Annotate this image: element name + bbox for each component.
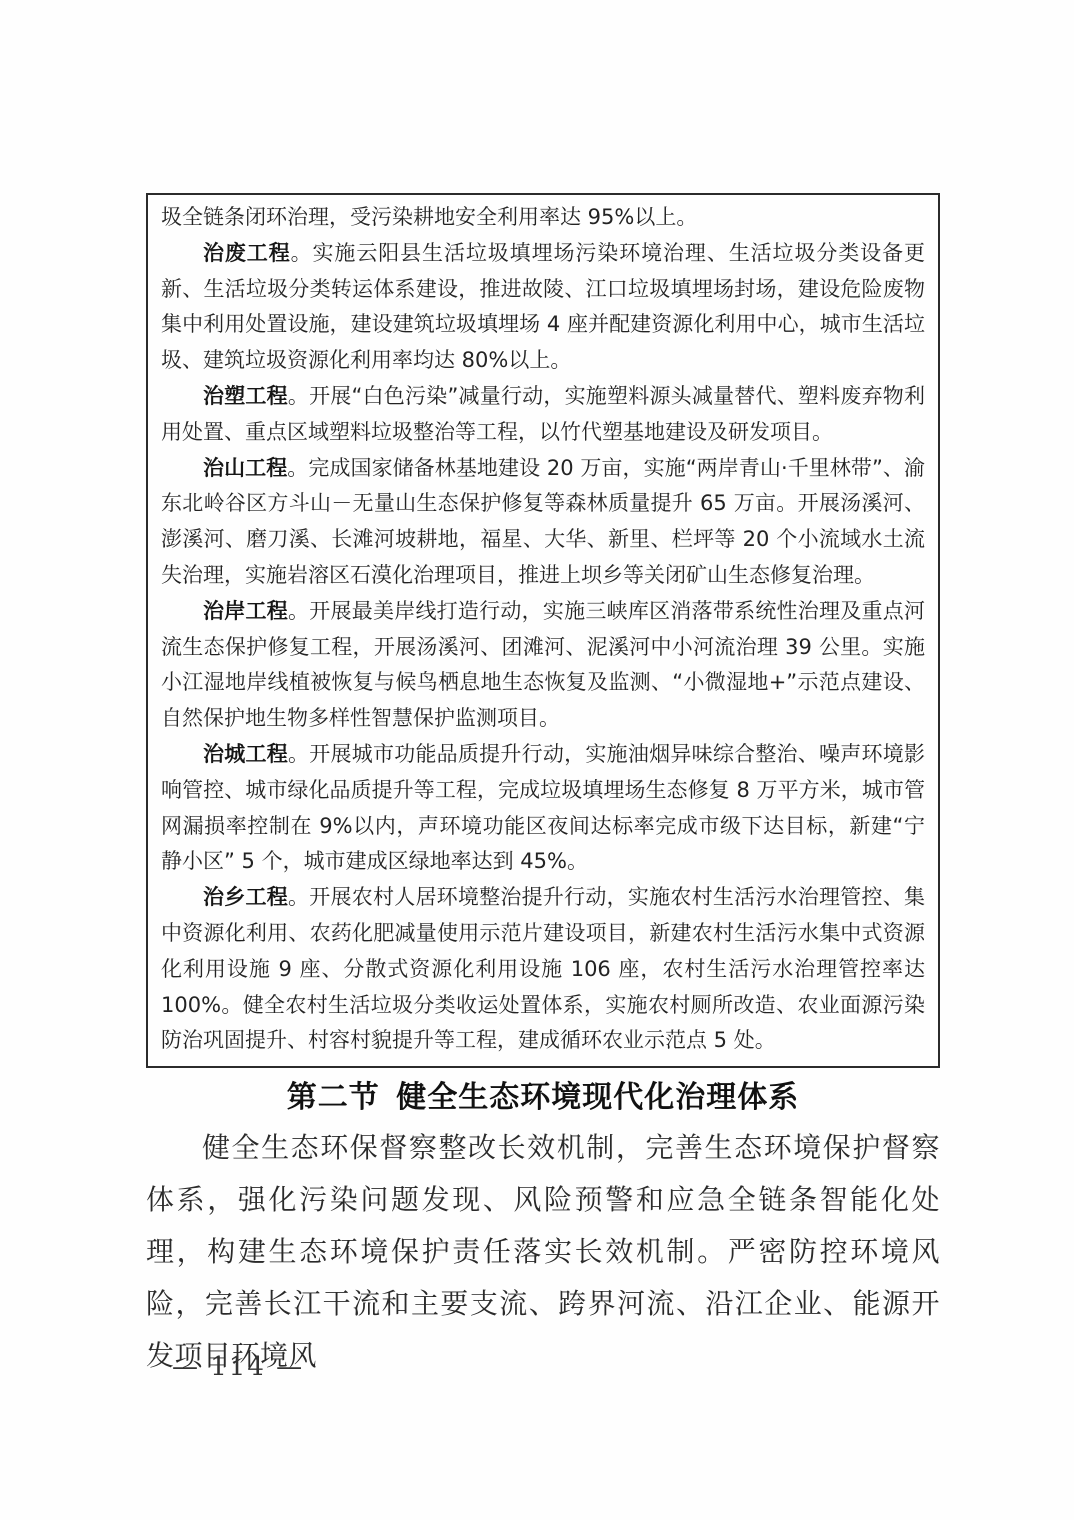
project-lead-mountain: 治山工程 (203, 456, 287, 480)
project-lead-rural: 治乡工程 (203, 885, 288, 909)
project-lead-city: 治城工程 (203, 742, 288, 766)
page-number: — 114 — (172, 1352, 304, 1382)
project-lead-plastic: 治塑工程 (203, 384, 288, 408)
section-number: 第二节 (287, 1080, 380, 1115)
section-heading: 第二节健全生态环境现代化治理体系 (146, 1072, 940, 1116)
section-body-paragraph: 健全生态环保督察整改长效机制，完善生态环境保护督察体系，强化污染问题发现、风险预… (146, 1122, 940, 1382)
project-lead-waste: 治废工程 (203, 241, 291, 265)
project-paragraph-waste: 治废工程。实施云阳县生活垃圾填埋场污染环境治理、生活垃圾分类设备更新、生活垃圾分… (161, 236, 925, 379)
section-title: 健全生态环境现代化治理体系 (396, 1080, 799, 1115)
projects-box: 圾全链条闭环治理，受污染耕地安全利用率达 95%以上。 治废工程。实施云阳县生活… (146, 193, 940, 1068)
project-paragraph-city: 治城工程。开展城市功能品质提升行动，实施油烟异味综合整治、噪声环境影响管控、城市… (161, 737, 925, 880)
project-paragraph-rural: 治乡工程。开展农村人居环境整治提升行动，实施农村生活污水治理管控、集中资源化利用… (161, 880, 925, 1059)
document-page: 圾全链条闭环治理，受污染耕地安全利用率达 95%以上。 治废工程。实施云阳县生活… (0, 0, 1074, 1520)
project-paragraph-mountain: 治山工程。完成国家储备林基地建设 20 万亩，实施“两岸青山·千里林带”、渝东北… (161, 451, 925, 594)
project-paragraph-shore: 治岸工程。开展最美岸线打造行动，实施三峡库区消落带系统性治理及重点河流生态保护修… (161, 594, 925, 737)
project-lead-shore: 治岸工程 (203, 599, 288, 623)
project-paragraph-plastic: 治塑工程。开展“白色污染”减量行动，实施塑料源头减量替代、塑料废弃物利用处置、重… (161, 379, 925, 451)
project-text-rural: 。开展农村人居环境整治提升行动，实施农村生活污水治理管控、集中资源化利用、农药化… (161, 885, 925, 1052)
continuation-paragraph: 圾全链条闭环治理，受污染耕地安全利用率达 95%以上。 (161, 200, 925, 236)
